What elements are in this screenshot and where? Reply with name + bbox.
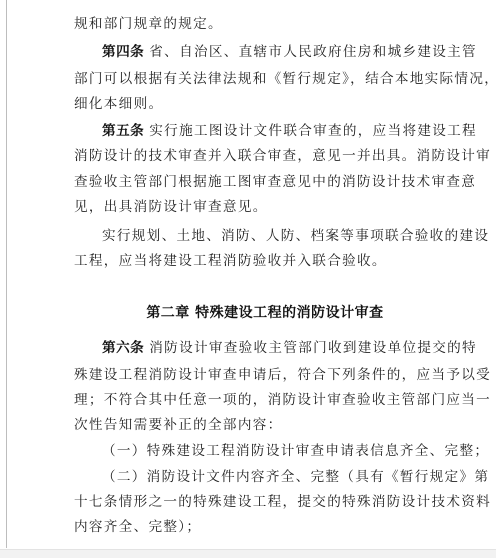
text-line: 理；不符合其中任意一项的，消防设计审查验收主管部门应当一 (74, 391, 456, 409)
text-line: 细化本细则。 (74, 95, 456, 113)
article-label: 第六条 (102, 340, 144, 356)
article-6-line: 第六条消防设计审查验收主管部门收到建设单位提交的特 (102, 339, 456, 357)
text-line: 消防设计的技术审查并入联合审查，意见一并出具。消防设计审 (74, 147, 456, 165)
article-text: 实行施工图设计文件联合审查的，应当将建设工程 (149, 123, 477, 139)
text-line: 规和部门规章的规定。 (74, 15, 456, 33)
text-line: 内容齐全、完整）； (74, 518, 456, 536)
article-label: 第五条 (102, 123, 144, 139)
text-line: 工程，应当将建设工程消防验收并入联合验收。 (74, 252, 456, 270)
article-5-line: 第五条实行施工图设计文件联合审查的，应当将建设工程 (102, 122, 456, 140)
page-bottom-gap (0, 549, 496, 558)
list-item: （二）消防设计文件内容齐全、完整（具有《暂行规定》第 (102, 468, 456, 486)
text-line: 查验收主管部门根据施工图审查意见中的消防设计技术审查意 (74, 173, 456, 191)
text-line: 见，出具消防设计审查意见。 (74, 198, 456, 216)
text-line: 十七条情形之一的特殊建设工程，提交的特殊消防设计技术资料 (74, 493, 456, 511)
article-4-line: 第四条省、自治区、直辖市人民政府住房和城乡建设主管 (102, 43, 456, 61)
text-line: 部门可以根据有关法律法规和《暂行规定》，结合本地实际情况， (74, 70, 456, 88)
text-line: 实行规划、土地、消防、人防、档案等事项联合验收的建设 (102, 227, 456, 245)
chapter-heading: 第二章 特殊建设工程的消防设计审查 (74, 304, 456, 322)
list-item: （一）特殊建设工程消防设计审查申请表信息齐全、完整； (102, 442, 456, 460)
page-left-border (6, 0, 7, 548)
text-line: 殊建设工程消防设计审查申请后，符合下列条件的，应当予以受 (74, 366, 456, 384)
article-text: 省、自治区、直辖市人民政府住房和城乡建设主管 (149, 44, 477, 60)
article-text: 消防设计审查验收主管部门收到建设单位提交的特 (149, 340, 477, 356)
text-line: 次性告知需要补正的全部内容： (74, 416, 456, 434)
article-label: 第四条 (102, 44, 144, 60)
